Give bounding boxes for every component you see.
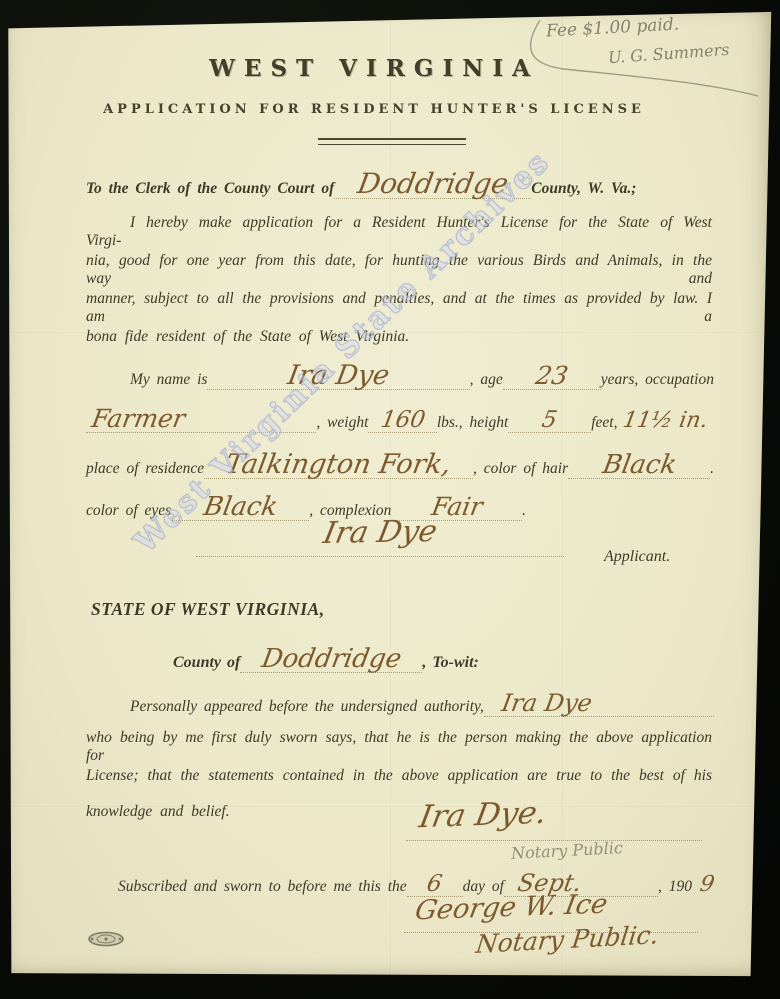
hair-field: Black [568, 452, 710, 479]
age-field: 23 [503, 363, 601, 390]
affidavit-paragraph-line: License; that the statements contained i… [86, 767, 712, 785]
pencil-notary-note: Notary Public [511, 838, 624, 863]
weight-suffix-label: lbs., height [437, 414, 508, 432]
affidavit-county-label: County of [173, 654, 240, 672]
county-field: Doddridge [334, 170, 531, 199]
application-paragraph-line: nia, good for one year from this date, f… [86, 252, 712, 288]
height-inches-field: 11½ in. [617, 410, 714, 432]
state-heading-wrap: STATE OF WEST VIRGINIA, [91, 599, 325, 620]
name-label: My name is [130, 371, 207, 389]
sworn-signature-handwriting: Ira Dye. [417, 798, 549, 833]
affidavit-paragraph-line: who being by me first duly sworn says, t… [86, 729, 712, 765]
applicant-label-wrap: Applicant. [604, 548, 670, 566]
occupation-weight-height-row: Farmer , weight 160 lbs., height 5 feet,… [86, 406, 714, 433]
addressee-line: To the Clerk of the County Court of Dodd… [86, 170, 714, 199]
scan-background: West Virginia State Archives Fee $1.00 p… [0, 0, 780, 999]
feet-label: feet, [591, 414, 617, 432]
eyes-handwriting: Black [201, 494, 279, 520]
residence-field: Talkington Fork, [204, 451, 473, 479]
affidavit-county-handwriting: Doddridge [259, 646, 403, 672]
residence-label: place of residence [86, 460, 204, 478]
age-handwriting: 23 [534, 363, 570, 388]
occupation-handwriting: Farmer [90, 406, 187, 431]
subscribed-label: Subscribed and sworn to before me this t… [118, 878, 407, 896]
eyes-field: Black [171, 494, 309, 521]
residence-handwriting: Talkington Fork, [224, 451, 454, 478]
towit-label: , To-wit: [422, 654, 479, 672]
notary-title-wrap: Notary Public. [475, 922, 659, 958]
height-feet-field: 5 [508, 409, 591, 433]
title-divider-rule [318, 138, 466, 145]
county-towit-row: County of Doddridge , To-wit: [173, 646, 503, 673]
addressee-prefix: To the Clerk of the County Court of [86, 180, 334, 198]
appeared-name-handwriting: Ira Dye [500, 691, 594, 715]
document-page: West Virginia State Archives Fee $1.00 p… [6, 10, 772, 978]
applicant-label: Applicant. [604, 548, 670, 565]
page-title: WEST VIRGINIA [6, 55, 742, 82]
hair-label: , color of hair [473, 460, 568, 478]
state-heading: STATE OF WEST VIRGINIA, [91, 599, 325, 619]
occupation-field: Farmer [86, 406, 316, 433]
year-digit-handwriting: 9 [698, 874, 716, 896]
weight-label: , weight [316, 414, 368, 432]
age-suffix-label: years, occupation [601, 371, 714, 389]
weight-handwriting: 160 [379, 409, 427, 432]
age-label: , age [470, 371, 503, 389]
name-handwriting: Ira Dye [286, 362, 392, 389]
application-paragraph-line: bona fide resident of the State of West … [86, 328, 712, 346]
day-handwriting: 6 [425, 873, 444, 896]
application-paragraph-line: manner, subject to all the provisions an… [86, 290, 712, 326]
addressee-suffix: County, W. Va.; [531, 180, 636, 198]
notary-signature-handwriting: George W. Ice [413, 891, 610, 925]
residence-hair-row: place of residence Talkington Fork, , co… [86, 451, 714, 479]
pencil-notary-wrap: Notary Public [511, 838, 624, 864]
affidavit-county-field: Doddridge [240, 646, 422, 673]
applicant-signature-handwriting: Ira Dye [321, 517, 440, 549]
height-feet-handwriting: 5 [540, 409, 559, 432]
application-paragraph-line: I hereby make application for a Resident… [86, 214, 712, 250]
hair-handwriting: Black [600, 452, 678, 478]
appeared-name-field: Ira Dye [484, 691, 714, 717]
county-handwriting: Doddridge [355, 170, 510, 198]
appeared-row: Personally appeared before the undersign… [86, 691, 714, 717]
weight-field: 160 [368, 409, 436, 433]
eyes-complexion-row: color of eyes Black , complexion Fair . [86, 494, 526, 521]
name-field: Ira Dye [207, 362, 469, 390]
appeared-label: Personally appeared before the undersign… [86, 698, 484, 716]
height-inches-handwriting: 11½ in. [622, 410, 710, 432]
sworn-signature-line: Ira Dye. [406, 800, 702, 841]
eyes-label: color of eyes [86, 502, 171, 520]
printers-union-emblem-icon [86, 930, 126, 948]
hair-period: . [710, 460, 714, 478]
name-age-row: My name is Ira Dye , age 23 years, occup… [130, 362, 714, 390]
page-subtitle: APPLICATION FOR RESIDENT HUNTER'S LICENS… [6, 102, 742, 117]
applicant-signature-line: Ira Dye [196, 518, 564, 557]
